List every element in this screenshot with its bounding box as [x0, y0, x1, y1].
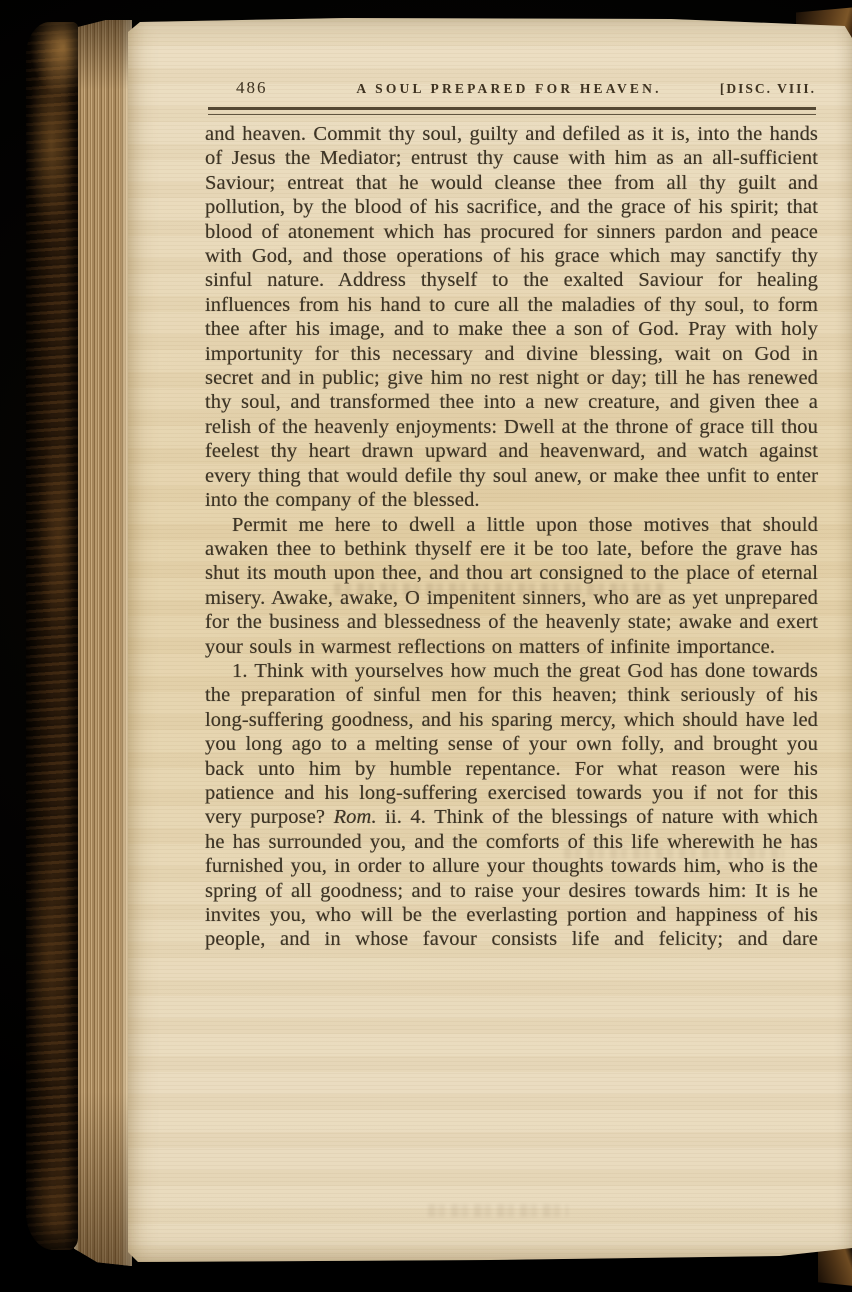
page-header: 486 A SOUL PREPARED FOR HEAVEN. [DISC. V… [202, 78, 816, 98]
show-through-smudge [428, 1204, 568, 1217]
page-body-text: and heaven. Commit thy soul, guilty and … [205, 122, 818, 952]
page-number: 486 [202, 78, 332, 98]
discourse-label: [DISC. VIII. [686, 81, 816, 97]
paragraph-continuation: and heaven. Commit thy soul, guilty and … [205, 122, 818, 513]
book-page: 486 A SOUL PREPARED FOR HEAVEN. [DISC. V… [128, 18, 852, 1262]
header-rule [208, 107, 816, 115]
running-title: A SOUL PREPARED FOR HEAVEN. [332, 81, 686, 97]
book-page-edges [74, 20, 132, 1266]
scripture-citation: Rom. [334, 806, 377, 828]
book-photograph: 486 A SOUL PREPARED FOR HEAVEN. [DISC. V… [0, 0, 852, 1292]
paragraph-exhortation: Permit me here to dwell a little upon th… [205, 513, 818, 659]
paragraph-first-motive: 1. Think with yourselves how much the gr… [205, 659, 818, 952]
book-leather-spine [26, 22, 78, 1250]
